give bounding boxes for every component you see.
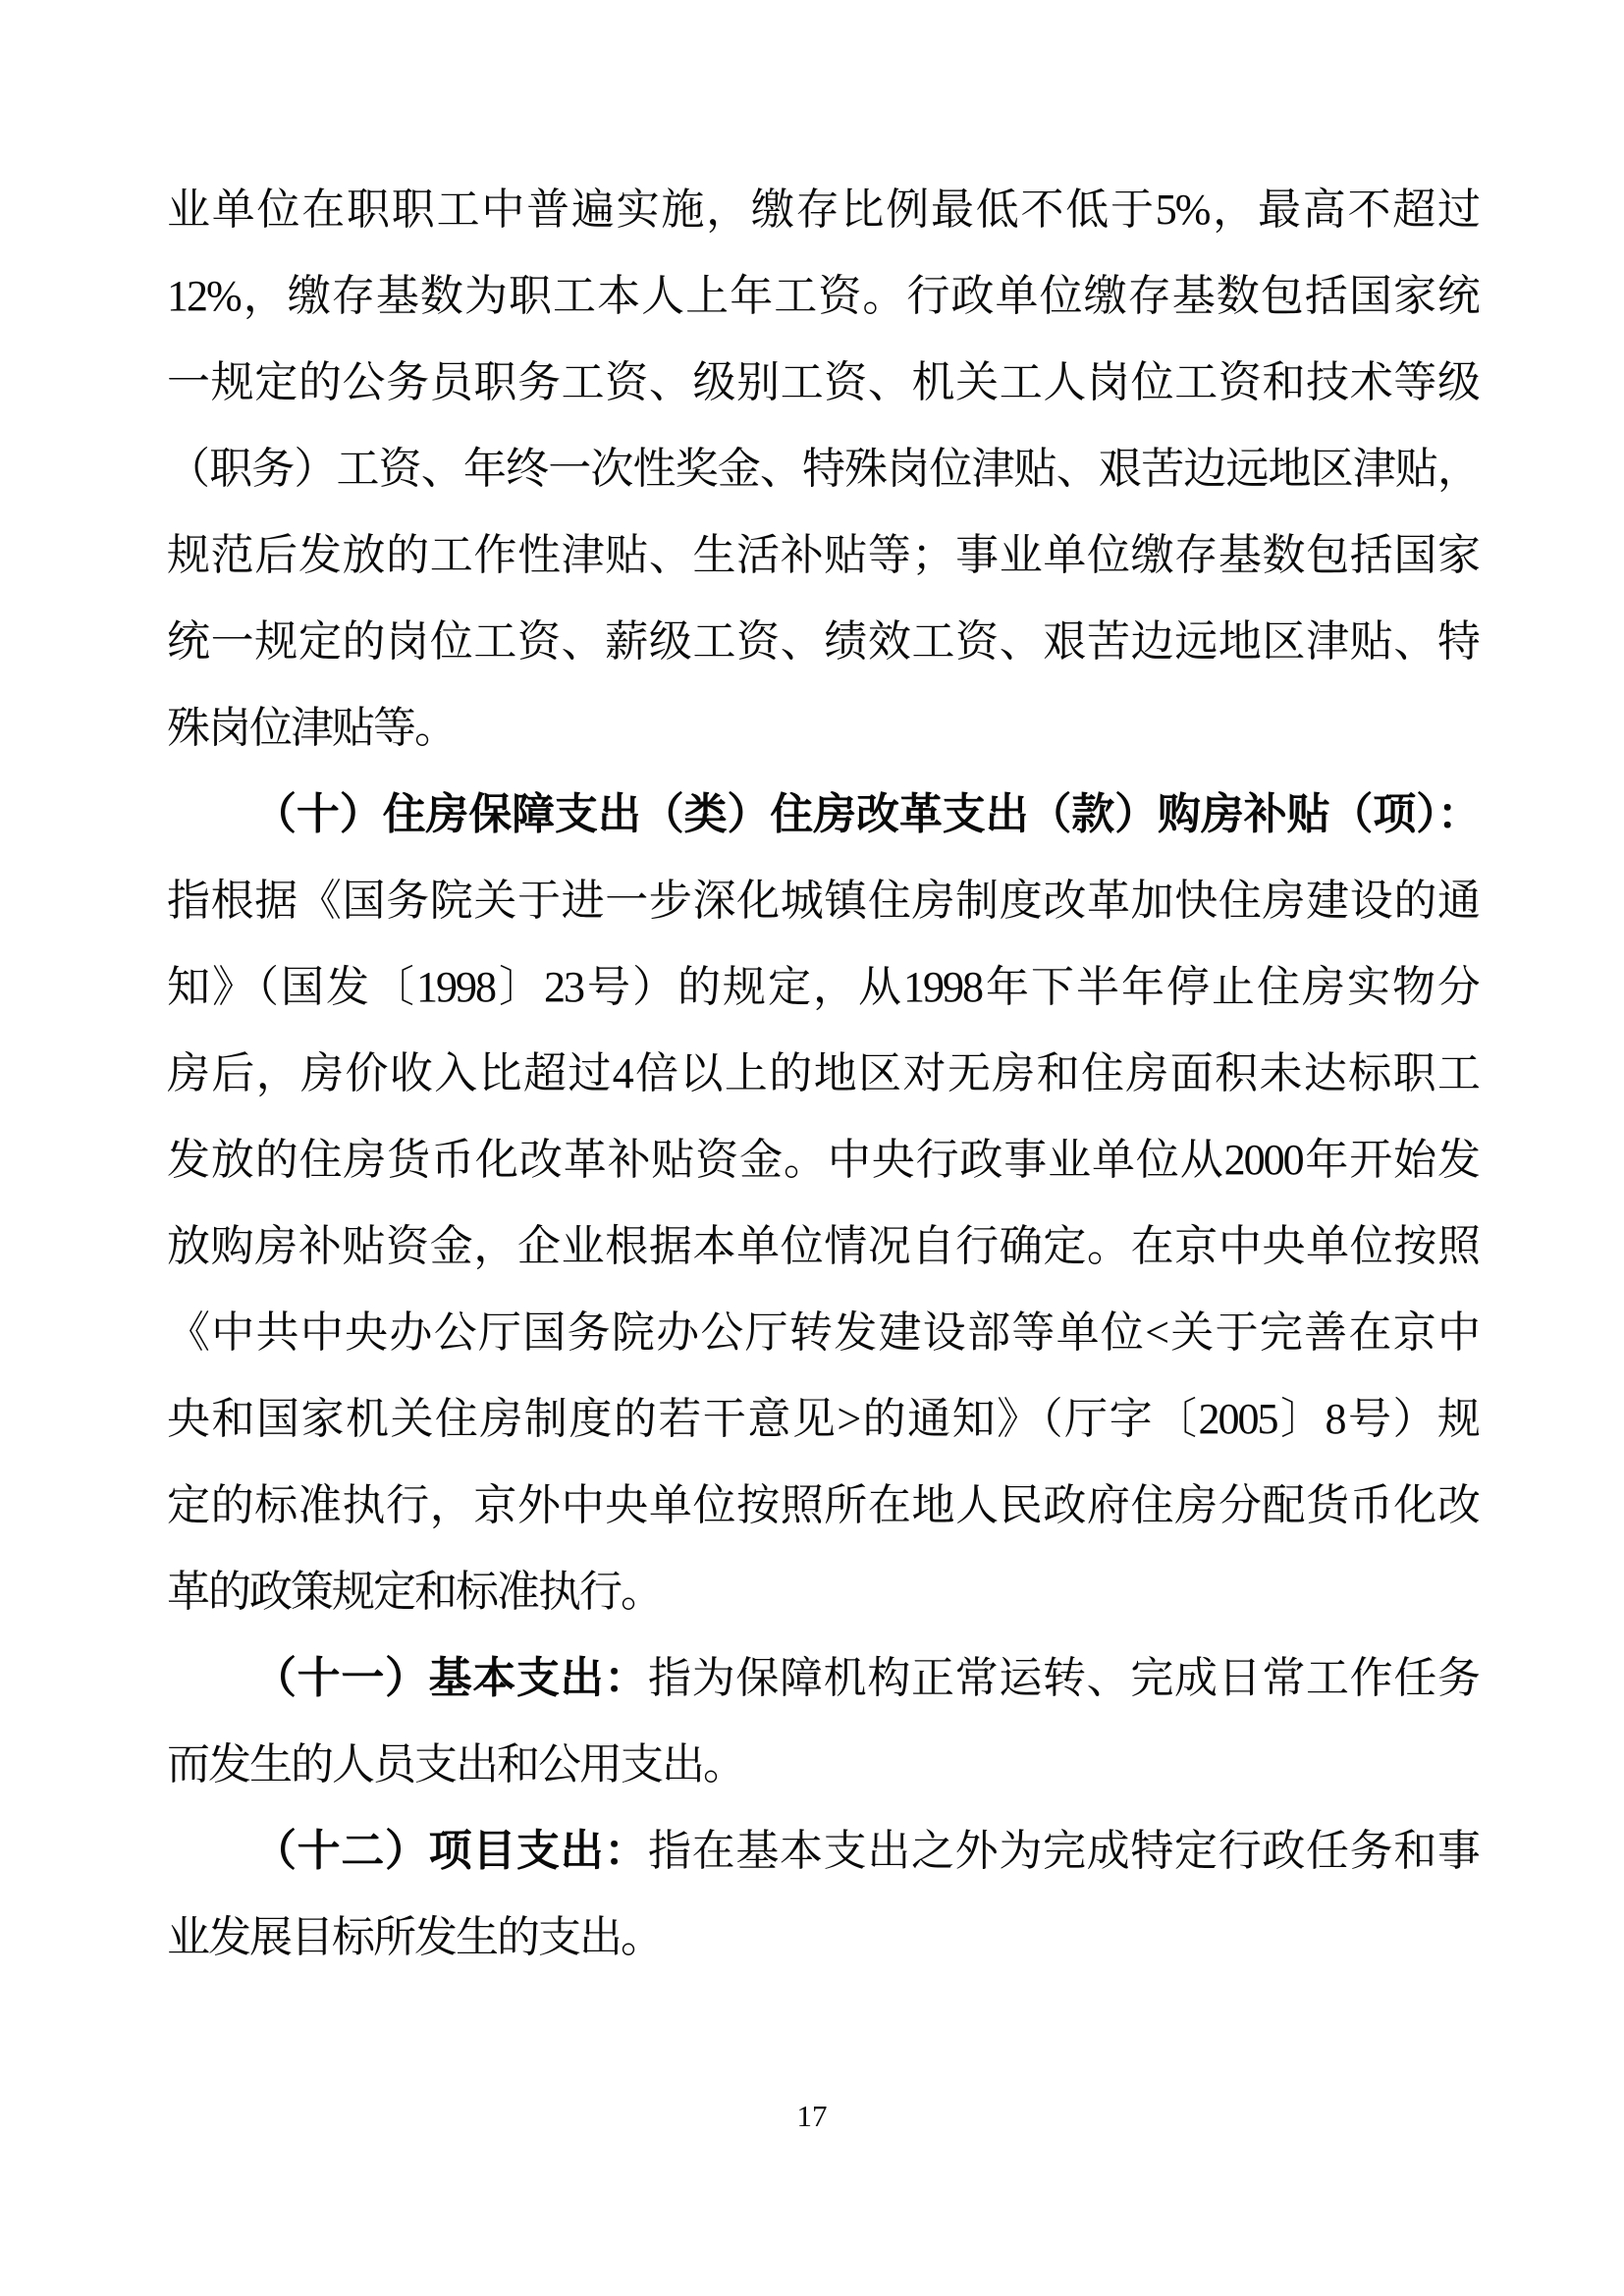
text-line: 房后，房价收入比超过4倍以上的地区对无房和住房面积未达标职工 [167, 1031, 1479, 1117]
line-text: 业单位在职职工中普遍实施，缴存比例最低不低于5%，最高不超过 [167, 186, 1479, 234]
document-body: 业单位在职职工中普遍实施，缴存比例最低不低于5%，最高不超过 12%，缴存基数为… [167, 167, 1479, 1981]
line-text: 定的标准执行，京外中央单位按照所在地人民政府住房分配货币化改 [167, 1481, 1479, 1529]
heading-text: （十）住房保障支出（类）住房改革支出（款）购房补贴（项）： [253, 790, 1479, 838]
line-text: 12%，缴存基数为职工本人上年工资。行政单位缴存基数包括国家统 [167, 272, 1479, 320]
section-heading-12: （十二）项目支出：指在基本支出之外为完成特定行政任务和事 [167, 1808, 1479, 1895]
text-line: 业发展目标所发生的支出。 [167, 1895, 1479, 1981]
text-line: 业单位在职职工中普遍实施，缴存比例最低不低于5%，最高不超过 [167, 167, 1479, 253]
line-text: 央和国家机关住房制度的若干意见>的通知》（厅字〔2005〕8号）规 [167, 1395, 1479, 1443]
text-line: 革的政策规定和标准执行。 [167, 1549, 1479, 1635]
section-heading-10: （十）住房保障支出（类）住房改革支出（款）购房补贴（项）： [167, 772, 1479, 858]
text-line: 殊岗位津贴等。 [167, 685, 1479, 772]
text-line: 统一规定的岗位工资、薪级工资、绩效工资、艰苦边远地区津贴、特 [167, 599, 1479, 685]
text-line: 《中共中央办公厅国务院办公厅转发建设部等单位<关于完善在京中 [167, 1290, 1479, 1376]
line-text: 知》（国发〔1998〕23号）的规定，从1998年下半年停止住房实物分 [167, 963, 1479, 1011]
text-line: 发放的住房货币化改革补贴资金。中央行政事业单位从2000年开始发 [167, 1117, 1479, 1203]
text-line: 指根据《国务院关于进一步深化城镇住房制度改革加快住房建设的通 [167, 858, 1479, 944]
line-text: 殊岗位津贴等。 [167, 704, 456, 752]
line-text: 革的政策规定和标准执行。 [167, 1568, 662, 1616]
text-line: 一规定的公务员职务工资、级别工资、机关工人岗位工资和技术等级 [167, 340, 1479, 426]
line-text: 放购房补贴资金，企业根据本单位情况自行确定。在京中央单位按照 [167, 1222, 1479, 1270]
line-text: 指在基本支出之外为完成特定行政任务和事 [648, 1827, 1479, 1875]
text-line: （职务）工资、年终一次性奖金、特殊岗位津贴、艰苦边远地区津贴， [167, 426, 1479, 512]
line-text: 规范后发放的工作性津贴、生活补贴等；事业单位缴存基数包括国家 [167, 531, 1479, 579]
text-line: 央和国家机关住房制度的若干意见>的通知》（厅字〔2005〕8号）规 [167, 1376, 1479, 1463]
line-text: 业发展目标所发生的支出。 [167, 1913, 662, 1961]
line-text: 一规定的公务员职务工资、级别工资、机关工人岗位工资和技术等级 [167, 358, 1479, 406]
line-text: 指根据《国务院关于进一步深化城镇住房制度改革加快住房建设的通 [167, 877, 1479, 925]
line-text: 房后，房价收入比超过4倍以上的地区对无房和住房面积未达标职工 [167, 1049, 1479, 1097]
line-text: 指为保障机构正常运转、完成日常工作任务 [648, 1654, 1479, 1702]
text-line: 知》（国发〔1998〕23号）的规定，从1998年下半年停止住房实物分 [167, 944, 1479, 1031]
line-text: （职务）工资、年终一次性奖金、特殊岗位津贴、艰苦边远地区津贴， [167, 445, 1479, 493]
line-text: 统一规定的岗位工资、薪级工资、绩效工资、艰苦边远地区津贴、特 [167, 617, 1479, 666]
document-page: 业单位在职职工中普遍实施，缴存比例最低不低于5%，最高不超过 12%，缴存基数为… [0, 0, 1624, 2296]
text-line: 定的标准执行，京外中央单位按照所在地人民政府住房分配货币化改 [167, 1463, 1479, 1549]
text-line: 规范后发放的工作性津贴、生活补贴等；事业单位缴存基数包括国家 [167, 512, 1479, 599]
heading-text: （十一）基本支出： [253, 1654, 648, 1702]
line-text: 《中共中央办公厅国务院办公厅转发建设部等单位<关于完善在京中 [167, 1308, 1479, 1357]
section-heading-11: （十一）基本支出：指为保障机构正常运转、完成日常工作任务 [167, 1635, 1479, 1722]
page-number: 17 [0, 2097, 1624, 2136]
text-line: 12%，缴存基数为职工本人上年工资。行政单位缴存基数包括国家统 [167, 253, 1479, 340]
heading-text: （十二）项目支出： [253, 1827, 648, 1875]
line-text: 发放的住房货币化改革补贴资金。中央行政事业单位从2000年开始发 [167, 1136, 1479, 1184]
text-line: 放购房补贴资金，企业根据本单位情况自行确定。在京中央单位按照 [167, 1203, 1479, 1290]
line-text: 而发生的人员支出和公用支出。 [167, 1740, 744, 1789]
text-line: 而发生的人员支出和公用支出。 [167, 1722, 1479, 1808]
